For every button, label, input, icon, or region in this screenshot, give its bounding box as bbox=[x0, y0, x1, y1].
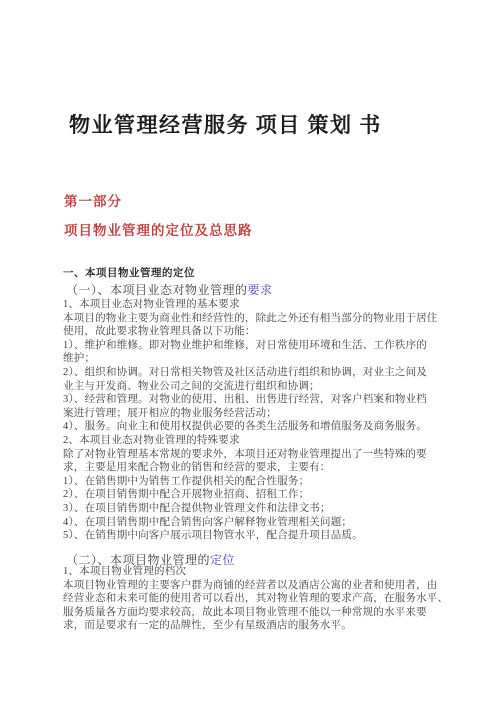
paragraph-block-positioning: 1、本项目物业管理的档次本项目物业管理的主要客户群为商铺的经营者以及酒店公寓的业… bbox=[63, 565, 448, 633]
text-line: 1）、维护和维修。即对物业维护和维修，对日常使用环境和生活、工作秩序的 bbox=[63, 339, 438, 353]
text-line: 2）、在项目销售期中配合开展物业招商、招租工作； bbox=[63, 488, 438, 502]
text-line: 1、本项目业态对物业管理的基本要求 bbox=[63, 298, 438, 312]
page-title: 物业管理经营服务 项目 策划 书 bbox=[69, 109, 382, 139]
text-line: 4）、服务。向业主和使用权提供必要的各类生活服务和增值服务及商务服务。 bbox=[63, 420, 438, 434]
text-line: 服务质量各方面均要求较高，故此本项目物业管理不能以一种常规的水平来要 bbox=[63, 606, 448, 620]
text-line: 案进行管理；展开相应的物业服务经营活动； bbox=[63, 407, 438, 421]
text-line: 2、本项目业态对物业管理的特殊要求 bbox=[63, 434, 438, 448]
text-line: 4）、在项目销售期中配合销售向客户解释物业管理相关问题； bbox=[63, 516, 438, 530]
heading-property-management-positioning: 一、本项目物业管理的定位 bbox=[63, 265, 195, 280]
text-line: 3）、经营和管理。对物业的使用、出租、出售进行经营，对客户档案和物业档 bbox=[63, 393, 438, 407]
text-line: 3）、在项目销售期中配合提供物业管理文件和法律文书； bbox=[63, 502, 438, 516]
text-line: 除了对物业管理基本常规的要求外，本项目还对物业管理提出了一些特殊的要 bbox=[63, 448, 438, 462]
subheading-business-requirements: （一）、本项目业态对物业管理的要求 bbox=[66, 281, 273, 298]
text-line: 1、本项目物业管理的档次 bbox=[63, 565, 448, 579]
text-line: 5）、在销售期中向客户展示项目物管水平，配合提升项目品质。 bbox=[63, 529, 438, 543]
section-part-label: 第一部分 bbox=[64, 195, 253, 209]
text-line: 本项目物业管理的主要客户群为商铺的经营者以及酒店公寓的业者和使用者，由 bbox=[63, 579, 448, 593]
text-line: 经营业态和未来可能的使用者可以看出，其对物业管理的要求产高，在服务水平、 bbox=[63, 592, 448, 606]
text-line: 业主与开发商、物业公司之间的交流进行组织和协调； bbox=[63, 380, 438, 394]
text-line: 2）、组织和协调。对日常相关物管及社区活动进行组织和协调，对业主之间及 bbox=[63, 366, 438, 380]
link-text-requirements: 要求 bbox=[248, 283, 273, 297]
text-line: 求，而是要求有一定的品牌性，至少有星级酒店的服务水平。 bbox=[63, 619, 448, 633]
text-line: 使用，故此要求物业管理具备以下功能： bbox=[63, 325, 438, 339]
text-line: 本项目的物业主要为商业性和经营性的，除此之外还有相当部分的物业用于居住 bbox=[63, 312, 438, 326]
text-line: 1）、在销售期中为销售工作提供相关的配合性服务； bbox=[63, 475, 438, 489]
section-heading: 第一部分 项目物业管理的定位及总思路 bbox=[64, 195, 253, 238]
section-part-title: 项目物业管理的定位及总思路 bbox=[64, 224, 253, 238]
document-page: 物业管理经营服务 项目 策划 书 第一部分 项目物业管理的定位及总思路 一、本项… bbox=[0, 0, 500, 707]
paragraph-block-requirements: 1、本项目业态对物业管理的基本要求本项目的物业主要为商业性和经营性的，除此之外还… bbox=[63, 298, 438, 543]
subheading-prefix: （一）、本项目业态对物业管理的 bbox=[66, 283, 248, 297]
text-line: 维护； bbox=[63, 352, 438, 366]
text-line: 求，主要是用来配合物业的销售和经营的要求，主要有： bbox=[63, 461, 438, 475]
